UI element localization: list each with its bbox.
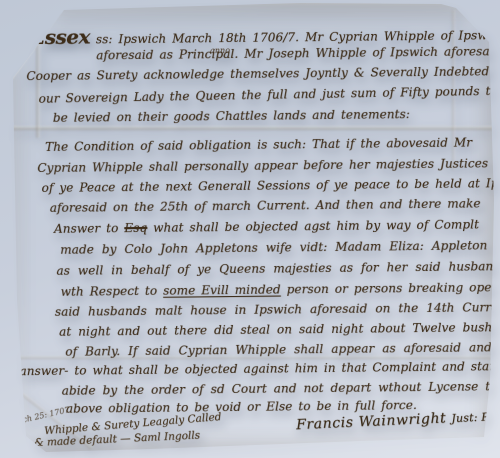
manuscript-line: answer- to what shall be objected agains… — [19, 360, 500, 379]
manuscript-line: aforesaid on the 25th of march Current. … — [50, 197, 481, 215]
manuscript-line: our Sovereign Lady the Queen the full an… — [39, 85, 498, 106]
photo-backdrop: Essex ss: Ipswich March 18th 1706/7. Mr … — [0, 0, 500, 458]
struck-word: Esq — [124, 221, 147, 235]
manuscript-line: Cyprian Whipple shall personally appear … — [37, 157, 488, 175]
manuscript-text: Essex ss: Ipswich March 18th 1706/7. Mr … — [0, 0, 500, 458]
paper-shadow: Essex ss: Ipswich March 18th 1706/7. Mr … — [0, 0, 500, 458]
manuscript-line: said husbands malt house in Ipswich afor… — [55, 301, 500, 319]
manuscript-line: as well in behalf of ye Queens majesties… — [56, 260, 500, 278]
manuscript-line: aforesaid as Principal. Mr Joseph Whippl… — [96, 45, 500, 62]
manuscript-line: Answer to Esq what shall be objected ags… — [54, 218, 479, 236]
manuscript-line: be levied on their goods Chattles lands … — [53, 108, 410, 125]
manuscript-line: wth Respect to some Evill minded person … — [61, 281, 500, 299]
manuscript-line: at night and out there did steal on said… — [59, 321, 500, 339]
underlined-phrase: some Evill minded — [163, 282, 281, 297]
document-paper: Essex ss: Ipswich March 18th 1706/7. Mr … — [0, 0, 500, 458]
manuscript-line: of ye Peace at the next Generall Session… — [41, 177, 500, 195]
manuscript-line: made by Colo John Appletons wife vidt: M… — [60, 239, 487, 257]
opening-flourish: Essex — [30, 24, 90, 49]
manuscript-line: of Barly. If said Cyprian Whipple shall … — [65, 341, 492, 359]
manuscript-line: abide by the order of sd Court and not d… — [62, 380, 500, 398]
manuscript-line: Cooper as Surety acknowledge themselves … — [26, 65, 500, 83]
manuscript-line: The Condition of said obligation is such… — [45, 136, 472, 154]
signature-title: Just: Peace — [451, 409, 500, 425]
